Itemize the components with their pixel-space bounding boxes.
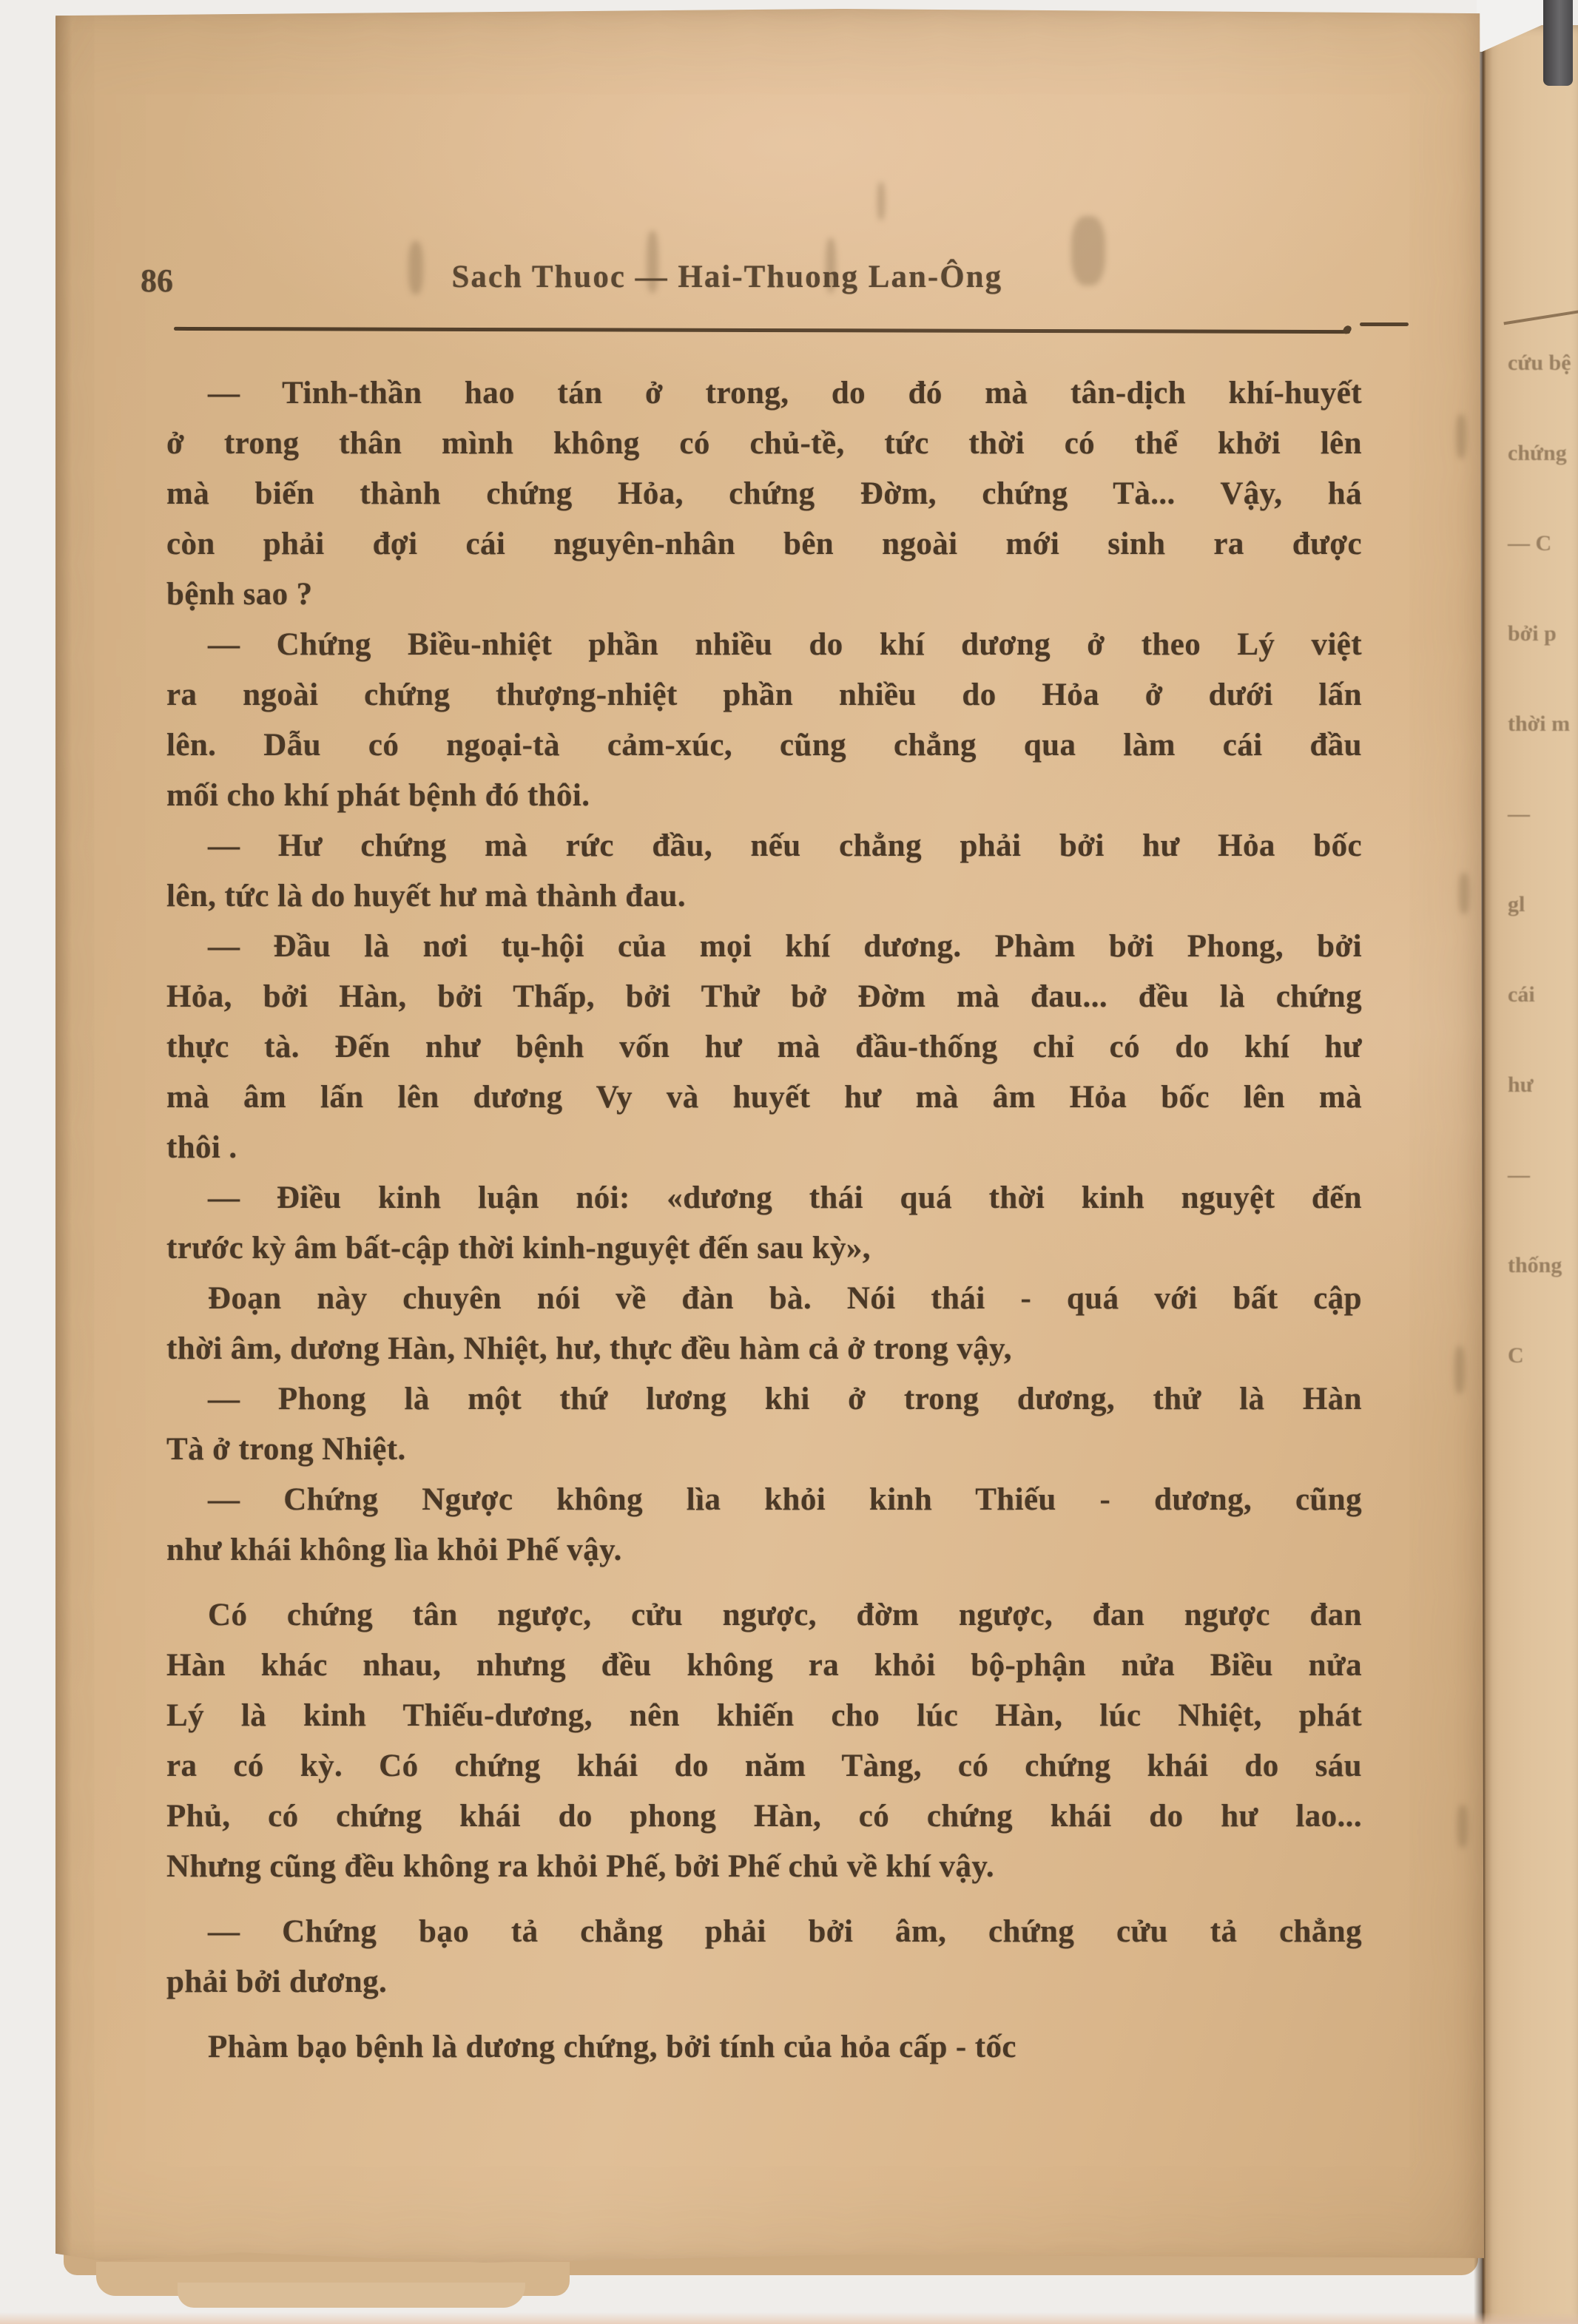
- scan-background: cứu bệchứng— Cbởi pthời m—glcáihư—thốngC…: [0, 0, 1578, 2324]
- left-edge-shading: [55, 9, 72, 2265]
- ink-bleed-mark: [1459, 873, 1469, 914]
- running-title: Sach Thuoc — Hai-Thuong Lan-Ông: [451, 259, 1002, 295]
- binding-strip: [1543, 0, 1573, 86]
- text-line: còn phải đợi cái nguyên-nhân bên ngoài m…: [166, 519, 1362, 570]
- paragraph: — Hư chứng mà rức đầu, nếu chẳng phải bở…: [166, 821, 1362, 922]
- ink-bleed-mark: [1454, 1346, 1465, 1394]
- text-line: Hàn khác nhau, nhưng đều không ra khỏi b…: [166, 1641, 1362, 1691]
- neighbor-text-fragment: chứng: [1508, 441, 1567, 466]
- text-line: Phàm bạo bệnh là dương chứng, bởi tính c…: [166, 2022, 1362, 2073]
- header-rule-tail: [1360, 322, 1409, 326]
- text-line: — Đầu là nơi tụ-hội của mọi khí dương. P…: [166, 922, 1362, 972]
- next-page-rule: [1503, 308, 1578, 325]
- neighbor-text-fragment: gl: [1508, 892, 1525, 917]
- text-line: thời âm, dương Hàn, Nhiệt, hư, thực đều …: [166, 1324, 1362, 1374]
- page-stack-edge: [178, 2283, 525, 2308]
- text-line: ra ngoài chứng thượng-nhiệt phần nhiều d…: [166, 670, 1362, 720]
- neighbor-text-fragment: thống: [1508, 1253, 1562, 1278]
- paragraph: Đoạn này chuyên nói về đàn bà. Nói thái …: [166, 1274, 1362, 1374]
- paragraph: — Phong là một thứ lương khi ở trong dươ…: [166, 1374, 1362, 1475]
- ink-bleed-mark: [1456, 414, 1466, 459]
- text-line: bệnh sao ?: [166, 570, 1362, 620]
- ink-bleed-mark: [1457, 1805, 1468, 1848]
- text-line: — Hư chứng mà rức đầu, nếu chẳng phải bở…: [166, 821, 1362, 871]
- body-text: — Tinh-thần hao tán ở trong, do đó mà tâ…: [166, 368, 1362, 2073]
- page-number: 86: [141, 262, 173, 300]
- text-line: lên, tức là do huyết hư mà thành đau.: [166, 871, 1362, 922]
- text-line: — Chứng bạo tả chẳng phải bởi âm, chứng …: [166, 1907, 1362, 1957]
- text-line: Có chứng tân ngược, cửu ngược, đờm ngược…: [166, 1590, 1362, 1641]
- text-line: lên. Dẫu có ngoại-tà cảm-xúc, cũng chẳng…: [166, 720, 1362, 771]
- text-line: — Chứng Ngược không lìa khỏi kinh Thiếu …: [166, 1475, 1362, 1525]
- text-line: — Phong là một thứ lương khi ở trong dươ…: [166, 1374, 1362, 1425]
- neighbor-text-fragment: —: [1508, 802, 1530, 827]
- page-header: 86 Sach Thuoc — Hai-Thuong Lan-Ông: [141, 251, 1369, 311]
- text-line: — Điều kinh luận nói: «dương thái quá th…: [166, 1173, 1362, 1223]
- next-page: cứu bệchứng— Cbởi pthời m—glcáihư—thốngC: [1483, 25, 1578, 2324]
- paragraph: — Điều kinh luận nói: «dương thái quá th…: [166, 1173, 1362, 1274]
- text-line: Phủ, có chứng khái do phong Hàn, có chứn…: [166, 1791, 1362, 1842]
- text-line: thực tà. Đến như bệnh vốn hư mà đầu-thốn…: [166, 1022, 1362, 1073]
- paragraph: — Chứng Ngược không lìa khỏi kinh Thiếu …: [166, 1475, 1362, 1575]
- ink-bleed-mark: [877, 182, 885, 220]
- text-line: Hỏa, bởi Hàn, bởi Thấp, bởi Thử bở Đờm m…: [166, 972, 1362, 1022]
- text-line: phải bởi dương.: [166, 1957, 1362, 2007]
- neighbor-text-fragment: — C: [1508, 531, 1551, 556]
- text-line: Nhưng cũng đều không ra khỏi Phế, bởi Ph…: [166, 1842, 1362, 1892]
- text-line: Đoạn này chuyên nói về đàn bà. Nói thái …: [166, 1274, 1362, 1324]
- text-line: trước kỳ âm bất-cập thời kinh-nguyệt đến…: [166, 1223, 1362, 1274]
- text-line: ra có kỳ. Có chứng khái do năm Tàng, có …: [166, 1741, 1362, 1791]
- text-line: — Tinh-thần hao tán ở trong, do đó mà tâ…: [166, 368, 1362, 419]
- paragraph: — Chứng Biều-nhiệt phần nhiều do khí dươ…: [166, 620, 1362, 821]
- neighbor-text-fragment: —: [1508, 1163, 1530, 1188]
- paragraph: Có chứng tân ngược, cửu ngược, đờm ngược…: [166, 1590, 1362, 1892]
- neighbor-text-fragment: thời m: [1508, 712, 1570, 737]
- text-line: như khái không lìa khỏi Phế vậy.: [166, 1525, 1362, 1575]
- paragraph: Phàm bạo bệnh là dương chứng, bởi tính c…: [166, 2022, 1362, 2073]
- text-line: Lý là kinh Thiếu-dương, nên khiến cho lú…: [166, 1691, 1362, 1741]
- text-line: mà âm lấn lên dương Vy và huyết hư mà âm…: [166, 1073, 1362, 1123]
- text-line: Tà ở trong Nhiệt.: [166, 1425, 1362, 1475]
- text-line: — Chứng Biều-nhiệt phần nhiều do khí dươ…: [166, 620, 1362, 670]
- paragraph: — Chứng bạo tả chẳng phải bởi âm, chứng …: [166, 1907, 1362, 2007]
- neighbor-text-fragment: cái: [1508, 982, 1535, 1007]
- text-line: mối cho khí phát bệnh đó thôi.: [166, 771, 1362, 821]
- text-line: ở trong thân mình không có chủ-tề, tức t…: [166, 419, 1362, 469]
- neighbor-text-fragment: hư: [1508, 1073, 1534, 1098]
- neighbor-text-fragment: C: [1508, 1343, 1524, 1368]
- table-surface-strip: [0, 2312, 1578, 2324]
- paragraph: — Đầu là nơi tụ-hội của mọi khí dương. P…: [166, 922, 1362, 1173]
- neighbor-text-fragment: cứu bệ: [1508, 351, 1571, 376]
- text-line: thôi .: [166, 1123, 1362, 1173]
- text-line: mà biến thành chứng Hỏa, chứng Đờm, chứn…: [166, 469, 1362, 519]
- neighbor-text-fragment: bởi p: [1508, 621, 1557, 646]
- paragraph: — Tinh-thần hao tán ở trong, do đó mà tâ…: [166, 368, 1362, 620]
